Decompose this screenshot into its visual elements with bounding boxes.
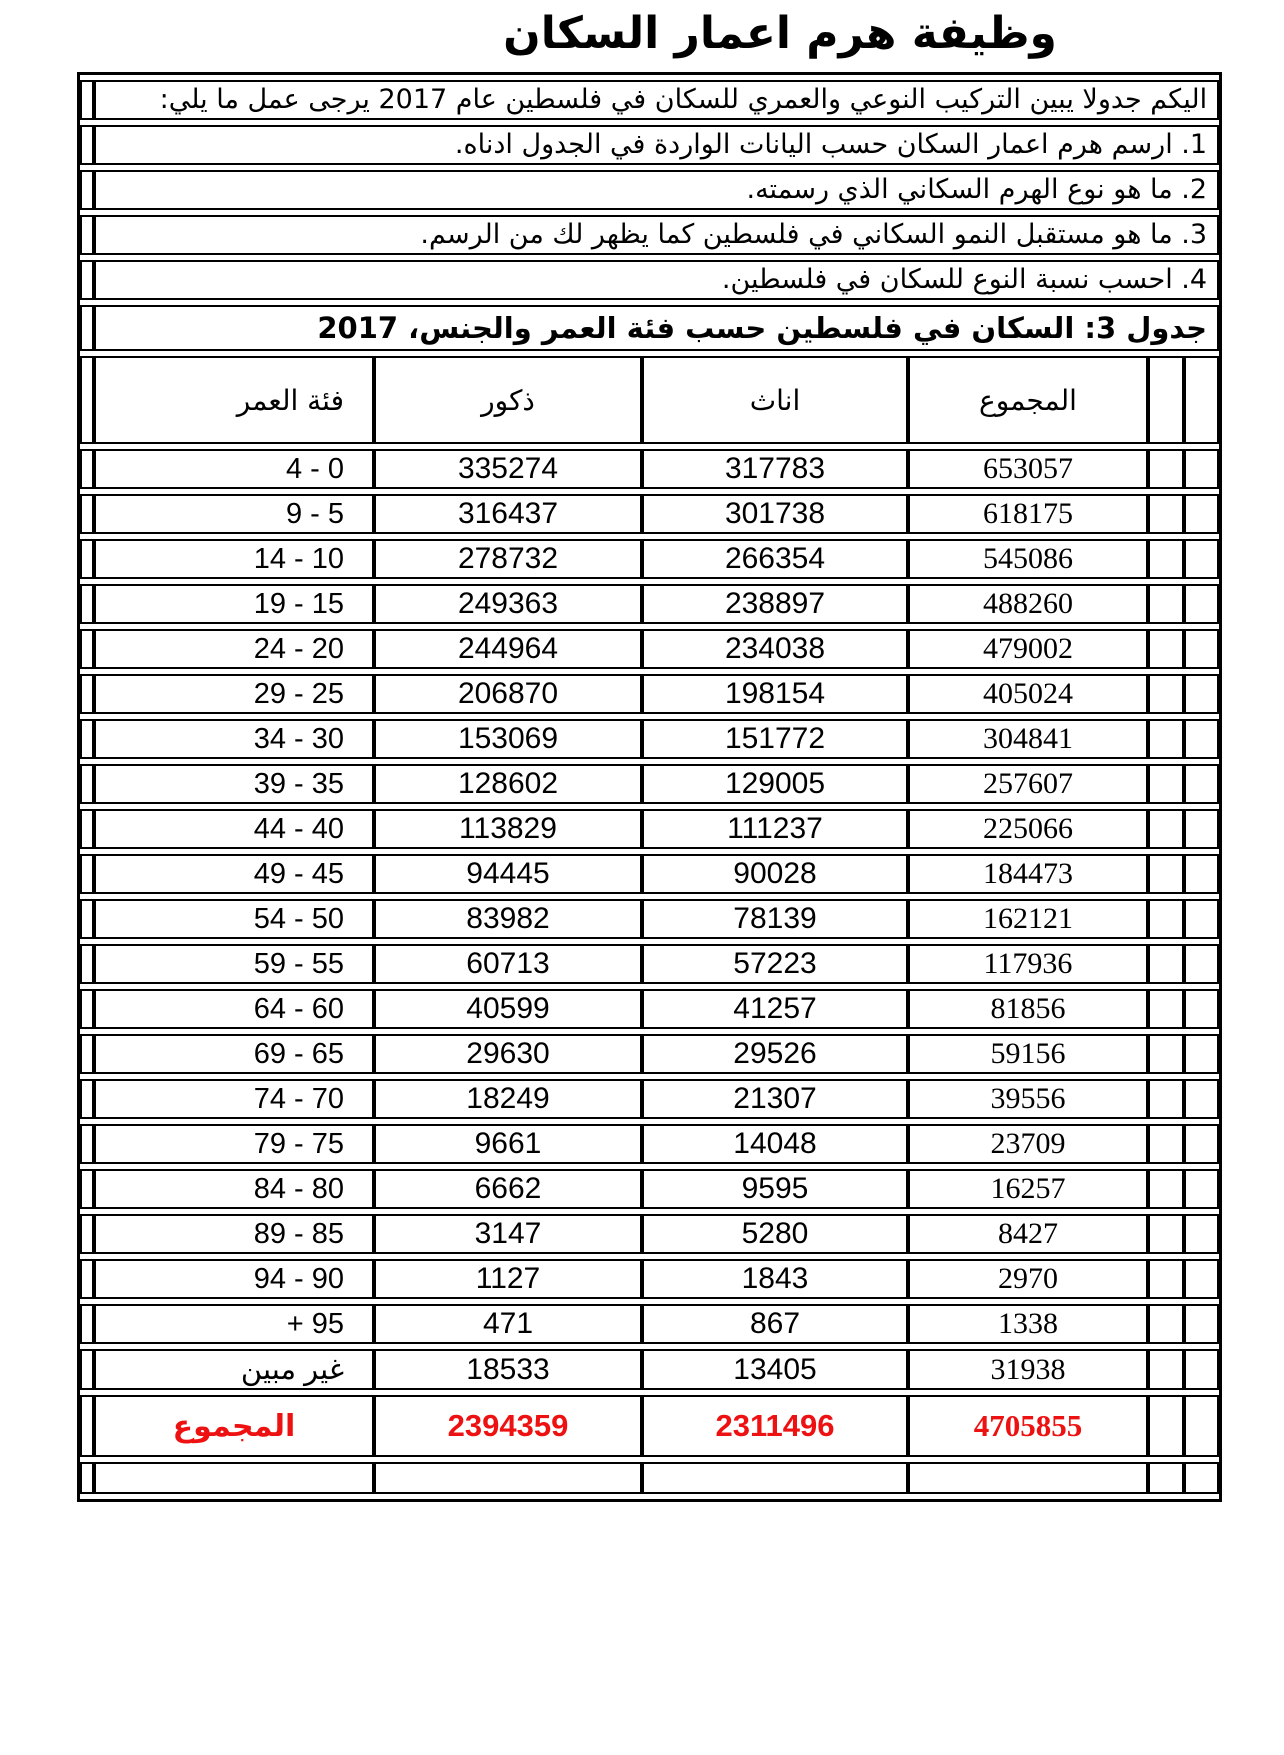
spacer-cell bbox=[80, 989, 94, 1029]
spacer-cell bbox=[1148, 1124, 1184, 1164]
total-cell: 8427 bbox=[908, 1214, 1148, 1254]
females-cell: 301738 bbox=[642, 494, 908, 534]
spacer-cell bbox=[1148, 719, 1184, 759]
spacer-cell bbox=[80, 899, 94, 939]
age-cell: 94 - 90 bbox=[94, 1259, 374, 1299]
spacer-cell bbox=[1184, 1124, 1219, 1164]
spacer-cell bbox=[1184, 719, 1219, 759]
age-cell: 19 - 15 bbox=[94, 584, 374, 624]
instruction-item: 2. ما هو نوع الهرم السكاني الذي رسمته. bbox=[80, 170, 1219, 210]
total-cell: 59156 bbox=[908, 1034, 1148, 1074]
age-cell: 79 - 75 bbox=[94, 1124, 374, 1164]
spacer-cell bbox=[1184, 989, 1219, 1029]
males-cell: 316437 bbox=[374, 494, 642, 534]
spacer-cell bbox=[1148, 584, 1184, 624]
females-cell: 266354 bbox=[642, 539, 908, 579]
spacer-cell bbox=[1148, 1462, 1184, 1494]
age-cell: 64 - 60 bbox=[94, 989, 374, 1029]
spacer-cell bbox=[1184, 1169, 1219, 1209]
totals-males: 2394359 bbox=[374, 1395, 642, 1457]
spacer-cell bbox=[1148, 1304, 1184, 1344]
females-cell: 867 bbox=[642, 1304, 908, 1344]
spacer-cell bbox=[1184, 1349, 1219, 1390]
spacer-cell bbox=[1184, 854, 1219, 894]
age-cell: 34 - 30 bbox=[94, 719, 374, 759]
spacer-cell bbox=[1184, 764, 1219, 804]
spacer-cell bbox=[1184, 1395, 1219, 1457]
instruction-item: 3. ما هو مستقبل النمو السكاني في فلسطين … bbox=[80, 215, 1219, 255]
table-row: 79 - 7596611404823709 bbox=[80, 1124, 1219, 1164]
spacer-cell bbox=[1148, 1349, 1184, 1390]
worksheet-page: وظيفة هرم اعمار السكان اليكم جدولا يبين … bbox=[0, 0, 1284, 1755]
males-cell: 60713 bbox=[374, 944, 642, 984]
age-cell: 14 - 10 bbox=[94, 539, 374, 579]
spacer-cell bbox=[1148, 1395, 1184, 1457]
total-cell: 653057 bbox=[908, 449, 1148, 489]
males-cell: 113829 bbox=[374, 809, 642, 849]
females-cell: 13405 bbox=[642, 1349, 908, 1390]
spacer-cell bbox=[1148, 539, 1184, 579]
spacer-cell bbox=[1184, 1259, 1219, 1299]
page-title: وظيفة هرم اعمار السكان bbox=[0, 6, 1284, 62]
spacer-cell bbox=[1148, 1169, 1184, 1209]
spacer-cell bbox=[80, 260, 94, 300]
spacer-cell bbox=[1184, 1462, 1219, 1494]
table-row: 9 - 5316437301738618175 bbox=[80, 494, 1219, 534]
spacer-cell bbox=[1148, 1214, 1184, 1254]
table-row: 59 - 556071357223117936 bbox=[80, 944, 1219, 984]
spacer-cell bbox=[1184, 449, 1219, 489]
females-cell: 29526 bbox=[642, 1034, 908, 1074]
females-cell: 78139 bbox=[642, 899, 908, 939]
total-cell: 225066 bbox=[908, 809, 1148, 849]
spacer-cell bbox=[1148, 1034, 1184, 1074]
age-cell: + 95 bbox=[94, 1304, 374, 1344]
spacer-cell bbox=[80, 1124, 94, 1164]
table-row: 39 - 35128602129005257607 bbox=[80, 764, 1219, 804]
total-cell: 479002 bbox=[908, 629, 1148, 669]
spacer-cell bbox=[1184, 944, 1219, 984]
age-cell: 9 - 5 bbox=[94, 494, 374, 534]
males-cell: 18249 bbox=[374, 1079, 642, 1119]
spacer-cell bbox=[80, 539, 94, 579]
spacer-cell bbox=[1148, 899, 1184, 939]
spacer-cell bbox=[1184, 899, 1219, 939]
females-cell: 9595 bbox=[642, 1169, 908, 1209]
spacer-cell bbox=[1148, 449, 1184, 489]
spacer-cell bbox=[1148, 494, 1184, 534]
females-cell: 317783 bbox=[642, 449, 908, 489]
empty-cell bbox=[374, 1462, 642, 1494]
spacer-cell bbox=[80, 719, 94, 759]
spacer-cell bbox=[1184, 1034, 1219, 1074]
table-row: + 954718671338 bbox=[80, 1304, 1219, 1344]
spacer-cell bbox=[1148, 764, 1184, 804]
males-cell: 3147 bbox=[374, 1214, 642, 1254]
total-cell: 39556 bbox=[908, 1079, 1148, 1119]
males-cell: 128602 bbox=[374, 764, 642, 804]
spacer-cell bbox=[80, 809, 94, 849]
spacer-cell bbox=[80, 170, 94, 210]
age-cell: 74 - 70 bbox=[94, 1079, 374, 1119]
instruction-item: 1. ارسم هرم اعمار السكان حسب اليانات الو… bbox=[80, 125, 1219, 165]
spacer-cell bbox=[80, 1169, 94, 1209]
totals-total: 4705855 bbox=[908, 1395, 1148, 1457]
total-cell: 16257 bbox=[908, 1169, 1148, 1209]
males-cell: 471 bbox=[374, 1304, 642, 1344]
total-cell: 1338 bbox=[908, 1304, 1148, 1344]
total-cell: 618175 bbox=[908, 494, 1148, 534]
total-cell: 488260 bbox=[908, 584, 1148, 624]
males-cell: 249363 bbox=[374, 584, 642, 624]
spacer-cell bbox=[1148, 356, 1184, 444]
spacer-cell bbox=[1148, 989, 1184, 1029]
total-cell: 31938 bbox=[908, 1349, 1148, 1390]
total-cell: 2970 bbox=[908, 1259, 1148, 1299]
table-row: 19 - 15249363238897488260 bbox=[80, 584, 1219, 624]
age-cell: 24 - 20 bbox=[94, 629, 374, 669]
spacer-cell bbox=[80, 1349, 94, 1390]
spacer-cell bbox=[80, 494, 94, 534]
spacer-cell bbox=[80, 1259, 94, 1299]
females-cell: 57223 bbox=[642, 944, 908, 984]
total-cell: 23709 bbox=[908, 1124, 1148, 1164]
table-row: 84 - 806662959516257 bbox=[80, 1169, 1219, 1209]
spacer-cell bbox=[80, 944, 94, 984]
males-cell: 153069 bbox=[374, 719, 642, 759]
table-row: 4 - 0335274317783653057 bbox=[80, 449, 1219, 489]
population-table: اليكم جدولا يبين التركيب النوعي والعمري … bbox=[77, 72, 1222, 1502]
column-header-males: ذكور bbox=[374, 356, 642, 444]
table-row: 94 - 90112718432970 bbox=[80, 1259, 1219, 1299]
females-cell: 151772 bbox=[642, 719, 908, 759]
table-header-row: فئة العمر ذكور اناث المجموع bbox=[80, 356, 1219, 444]
totals-label: المجموع bbox=[94, 1395, 374, 1457]
table-row: 89 - 85314752808427 bbox=[80, 1214, 1219, 1254]
spacer-cell bbox=[1148, 944, 1184, 984]
total-cell: 545086 bbox=[908, 539, 1148, 579]
spacer-cell bbox=[1148, 629, 1184, 669]
spacer-cell bbox=[80, 629, 94, 669]
males-cell: 94445 bbox=[374, 854, 642, 894]
females-cell: 90028 bbox=[642, 854, 908, 894]
spacer-cell bbox=[80, 80, 94, 120]
age-cell: 59 - 55 bbox=[94, 944, 374, 984]
spacer-cell bbox=[1148, 854, 1184, 894]
spacer-cell bbox=[1184, 1214, 1219, 1254]
age-cell: 39 - 35 bbox=[94, 764, 374, 804]
spacer-cell bbox=[1148, 674, 1184, 714]
table-row: 14 - 10278732266354545086 bbox=[80, 539, 1219, 579]
spacer-cell bbox=[80, 1304, 94, 1344]
females-cell: 1843 bbox=[642, 1259, 908, 1299]
spacer-cell bbox=[1184, 356, 1219, 444]
column-header-females: اناث bbox=[642, 356, 908, 444]
total-cell: 162121 bbox=[908, 899, 1148, 939]
spacer-cell bbox=[80, 1214, 94, 1254]
table-caption: جدول 3: السكان في فلسطين حسب فئة العمر و… bbox=[94, 305, 1219, 351]
table-row: 69 - 65296302952659156 bbox=[80, 1034, 1219, 1074]
total-cell: 117936 bbox=[908, 944, 1148, 984]
age-cell: 4 - 0 bbox=[94, 449, 374, 489]
males-cell: 83982 bbox=[374, 899, 642, 939]
males-cell: 1127 bbox=[374, 1259, 642, 1299]
instruction-item: 4. احسب نسبة النوع للسكان في فلسطين. bbox=[80, 260, 1219, 300]
column-header-age: فئة العمر bbox=[94, 356, 374, 444]
females-cell: 129005 bbox=[642, 764, 908, 804]
table-row: 24 - 20244964234038479002 bbox=[80, 629, 1219, 669]
spacer-cell bbox=[1148, 1259, 1184, 1299]
males-cell: 18533 bbox=[374, 1349, 642, 1390]
table-row: غير مبين185331340531938 bbox=[80, 1349, 1219, 1390]
spacer-cell bbox=[80, 356, 94, 444]
empty-cell bbox=[908, 1462, 1148, 1494]
age-cell: 69 - 65 bbox=[94, 1034, 374, 1074]
males-cell: 6662 bbox=[374, 1169, 642, 1209]
intro-text: اليكم جدولا يبين التركيب النوعي والعمري … bbox=[94, 80, 1219, 120]
total-cell: 184473 bbox=[908, 854, 1148, 894]
spacer-cell bbox=[1184, 809, 1219, 849]
age-cell: 29 - 25 bbox=[94, 674, 374, 714]
intro-row: اليكم جدولا يبين التركيب النوعي والعمري … bbox=[80, 80, 1219, 120]
spacer-cell bbox=[1184, 674, 1219, 714]
females-cell: 111237 bbox=[642, 809, 908, 849]
column-header-total: المجموع bbox=[908, 356, 1148, 444]
instruction-1: 1. ارسم هرم اعمار السكان حسب اليانات الو… bbox=[94, 125, 1219, 165]
instruction-4: 4. احسب نسبة النوع للسكان في فلسطين. bbox=[94, 260, 1219, 300]
age-cell: 54 - 50 bbox=[94, 899, 374, 939]
males-cell: 206870 bbox=[374, 674, 642, 714]
spacer-cell bbox=[80, 215, 94, 255]
age-cell: 84 - 80 bbox=[94, 1169, 374, 1209]
age-cell: 49 - 45 bbox=[94, 854, 374, 894]
spacer-cell bbox=[80, 305, 94, 351]
spacer-cell bbox=[1184, 1304, 1219, 1344]
males-cell: 335274 bbox=[374, 449, 642, 489]
spacer-cell bbox=[80, 449, 94, 489]
table-row: 44 - 40113829111237225066 bbox=[80, 809, 1219, 849]
age-cell: 89 - 85 bbox=[94, 1214, 374, 1254]
empty-cell bbox=[642, 1462, 908, 1494]
total-cell: 405024 bbox=[908, 674, 1148, 714]
spacer-cell bbox=[80, 125, 94, 165]
empty-row bbox=[80, 1462, 1219, 1494]
males-cell: 29630 bbox=[374, 1034, 642, 1074]
instruction-2: 2. ما هو نوع الهرم السكاني الذي رسمته. bbox=[94, 170, 1219, 210]
spacer-cell bbox=[1184, 1079, 1219, 1119]
age-cell: غير مبين bbox=[94, 1349, 374, 1390]
total-cell: 81856 bbox=[908, 989, 1148, 1029]
spacer-cell bbox=[80, 854, 94, 894]
total-cell: 304841 bbox=[908, 719, 1148, 759]
table-row: 64 - 60405994125781856 bbox=[80, 989, 1219, 1029]
males-cell: 244964 bbox=[374, 629, 642, 669]
females-cell: 21307 bbox=[642, 1079, 908, 1119]
males-cell: 278732 bbox=[374, 539, 642, 579]
total-cell: 257607 bbox=[908, 764, 1148, 804]
males-cell: 40599 bbox=[374, 989, 642, 1029]
males-cell: 9661 bbox=[374, 1124, 642, 1164]
table-row: 49 - 459444590028184473 bbox=[80, 854, 1219, 894]
females-cell: 41257 bbox=[642, 989, 908, 1029]
table-row: 54 - 508398278139162121 bbox=[80, 899, 1219, 939]
spacer-cell bbox=[80, 674, 94, 714]
age-cell: 44 - 40 bbox=[94, 809, 374, 849]
spacer-cell bbox=[1148, 809, 1184, 849]
totals-females: 2311496 bbox=[642, 1395, 908, 1457]
instruction-3: 3. ما هو مستقبل النمو السكاني في فلسطين … bbox=[94, 215, 1219, 255]
females-cell: 198154 bbox=[642, 674, 908, 714]
spacer-cell bbox=[80, 764, 94, 804]
spacer-cell bbox=[1184, 629, 1219, 669]
females-cell: 14048 bbox=[642, 1124, 908, 1164]
spacer-cell bbox=[1184, 539, 1219, 579]
table-caption-row: جدول 3: السكان في فلسطين حسب فئة العمر و… bbox=[80, 305, 1219, 351]
spacer-cell bbox=[80, 1079, 94, 1119]
spacer-cell bbox=[80, 1395, 94, 1457]
table-row: 74 - 70182492130739556 bbox=[80, 1079, 1219, 1119]
spacer-cell bbox=[1184, 494, 1219, 534]
females-cell: 238897 bbox=[642, 584, 908, 624]
totals-row: المجموع 2394359 2311496 4705855 bbox=[80, 1395, 1219, 1457]
spacer-cell bbox=[80, 584, 94, 624]
spacer-cell bbox=[1184, 584, 1219, 624]
spacer-cell bbox=[80, 1462, 94, 1494]
spacer-cell bbox=[1148, 1079, 1184, 1119]
table-row: 34 - 30153069151772304841 bbox=[80, 719, 1219, 759]
empty-cell bbox=[94, 1462, 374, 1494]
females-cell: 234038 bbox=[642, 629, 908, 669]
table-row: 29 - 25206870198154405024 bbox=[80, 674, 1219, 714]
spacer-cell bbox=[80, 1034, 94, 1074]
females-cell: 5280 bbox=[642, 1214, 908, 1254]
